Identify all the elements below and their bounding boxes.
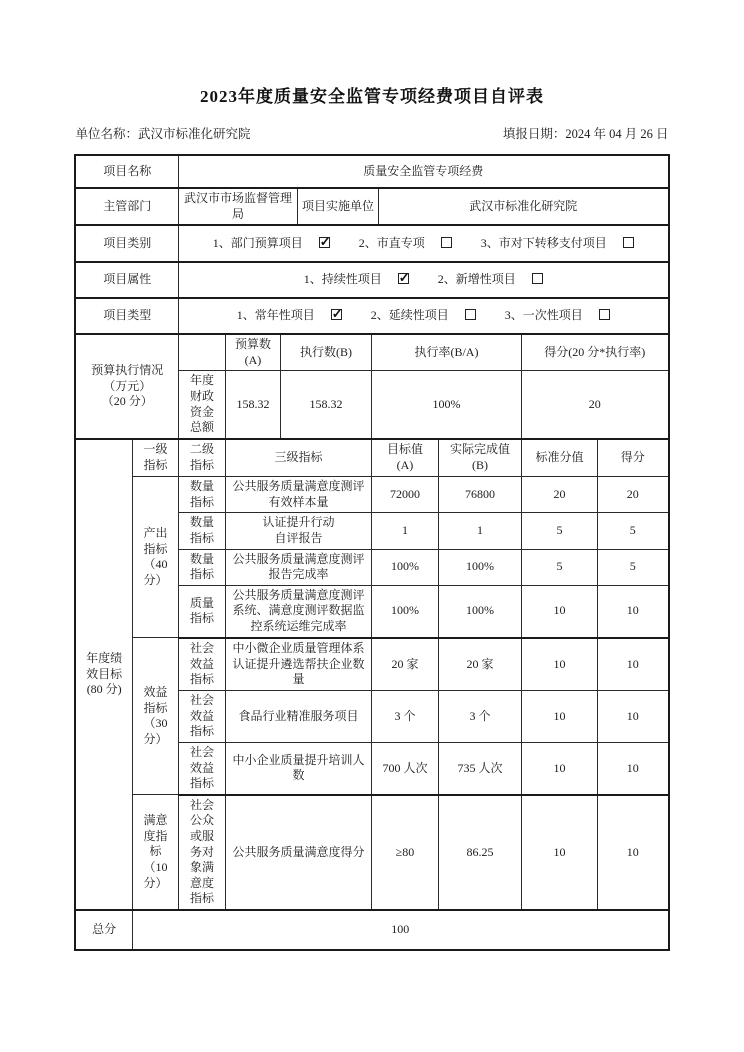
level2-cell: 质量 指标 (178, 585, 225, 637)
project-name-value: 质量安全监管专项经费 (178, 155, 668, 188)
option-label: 1、部门预算项目 (213, 236, 303, 250)
total-label: 总分 (75, 910, 132, 950)
option-label: 1、持续性项目 (304, 272, 382, 286)
score-cell: 10 (597, 585, 668, 637)
total-row: 总分 100 (75, 910, 668, 950)
checkbox-unchecked-icon (441, 237, 452, 248)
target-cell: 72000 (371, 477, 438, 513)
level2-cell: 数量 指标 (178, 513, 225, 549)
project-attribute-options: 1、持续性项目 2、新增性项目 (178, 262, 668, 298)
col-level1: 一级 指标 (132, 439, 178, 477)
standard-score-cell: 20 (521, 477, 597, 513)
score-cell: 10 (597, 795, 668, 910)
target-cell: 100% (371, 549, 438, 585)
meta-row: 单位名称：武汉市标准化研究院 填报日期：2024 年 04 月 26 日 (76, 124, 669, 142)
col-actual: 实际完成值 (B) (438, 439, 521, 477)
project-type-row: 项目类型 1、常年性项目 2、延续性项目 3、一次性项目 (75, 298, 668, 334)
level2-cell: 数量 指标 (178, 549, 225, 585)
level3-cell: 公共服务质量满意度测评 系统、满意度测评数据监 控系统运维完成率 (225, 585, 371, 637)
project-name-row: 项目名称 质量安全监管专项经费 (75, 155, 668, 188)
standard-score-cell: 10 (521, 795, 597, 910)
standard-score-cell: 10 (521, 691, 597, 743)
target-cell: 1 (371, 513, 438, 549)
option-label: 3、一次性项目 (505, 308, 583, 322)
project-attribute-label: 项目属性 (75, 262, 178, 298)
actual-cell: 3 个 (438, 691, 521, 743)
actual-cell: 1 (438, 513, 521, 549)
project-name-label: 项目名称 (75, 155, 178, 188)
budget-col-score: 得分(20 分*执行率) (521, 334, 668, 371)
option: 3、市对下转移支付项目 (481, 236, 634, 250)
score-cell: 5 (597, 513, 668, 549)
actual-cell: 100% (438, 549, 521, 585)
indicator-header-row: 年度绩 效目标 (80 分) 一级 指标 二级 指标 三级指标 目标值 (A) … (75, 439, 668, 477)
level2-cell: 社会 效益 指标 (178, 638, 225, 691)
budget-value: 158.32 (225, 371, 280, 439)
project-category-options: 1、部门预算项目 2、市直专项 3、市对下转移支付项目 (178, 225, 668, 262)
indicator-row: 效益 指标 （30 分） 社会 效益 指标 中小微企业质量管理体系 认证提升遴选… (75, 638, 668, 691)
score-cell: 10 (597, 638, 668, 691)
actual-cell: 86.25 (438, 795, 521, 910)
standard-score-cell: 10 (521, 638, 597, 691)
group-benefit-label: 效益 指标 （30 分） (132, 638, 178, 795)
implementing-unit-label: 项目实施单位 (297, 188, 378, 225)
option: 2、延续性项目 (371, 308, 476, 322)
group-output-label: 产出 指标 （40 分） (132, 477, 178, 638)
budget-col-rate: 执行率(B/A) (371, 334, 521, 371)
actual-cell: 100% (438, 585, 521, 637)
option-label: 2、延续性项目 (371, 308, 449, 322)
standard-score-cell: 10 (521, 585, 597, 637)
project-category-row: 项目类别 1、部门预算项目 2、市直专项 3、市对下转移支付项目 (75, 225, 668, 262)
total-value: 100 (132, 910, 668, 950)
checkbox-unchecked-icon (623, 237, 634, 248)
annual-goal-section-label: 年度绩 效目标 (80 分) (75, 439, 132, 910)
budget-section-label: 预算执行情况 （万元） （20 分） (75, 334, 178, 439)
department-value: 武汉市市场监督管理局 (178, 188, 297, 225)
target-cell: 3 个 (371, 691, 438, 743)
target-cell: 700 人次 (371, 743, 438, 795)
evaluation-table: 项目名称 质量安全监管专项经费 主管部门 武汉市市场监督管理局 项目实施单位 武… (74, 154, 669, 951)
col-standard-score: 标准分值 (521, 439, 597, 477)
option: 1、持续性项目 (304, 272, 409, 286)
level2-cell: 社会 公众 或服 务对 象满 意度 指标 (178, 795, 225, 910)
option: 1、部门预算项目 (213, 236, 330, 250)
budget-col-budget: 预算数 (A) (225, 334, 280, 371)
unit-name: 单位名称：武汉市标准化研究院 (76, 124, 251, 142)
level3-cell: 食品行业精准服务项目 (225, 691, 371, 743)
level2-cell: 社会 效益 指标 (178, 691, 225, 743)
implementing-unit-value: 武汉市标准化研究院 (378, 188, 668, 225)
score-cell: 10 (597, 743, 668, 795)
col-level3: 三级指标 (225, 439, 371, 477)
score-value: 20 (521, 371, 668, 439)
option: 1、常年性项目 (237, 308, 342, 322)
target-cell: 20 家 (371, 638, 438, 691)
option: 2、市直专项 (359, 236, 452, 250)
target-cell: ≥80 (371, 795, 438, 910)
project-type-label: 项目类型 (75, 298, 178, 334)
unit-name-value: 武汉市标准化研究院 (138, 127, 251, 141)
exec-value: 158.32 (280, 371, 371, 439)
score-cell: 10 (597, 691, 668, 743)
level3-cell: 公共服务质量满意度得分 (225, 795, 371, 910)
actual-cell: 20 家 (438, 638, 521, 691)
standard-score-cell: 5 (521, 549, 597, 585)
option-label: 2、市直专项 (359, 236, 425, 250)
project-attribute-row: 项目属性 1、持续性项目 2、新增性项目 (75, 262, 668, 298)
project-category-label: 项目类别 (75, 225, 178, 262)
option-label: 1、常年性项目 (237, 308, 315, 322)
department-label: 主管部门 (75, 188, 178, 225)
budget-col-exec: 执行数(B) (280, 334, 371, 371)
option-label: 2、新增性项目 (438, 272, 516, 286)
level3-cell: 中小微企业质量管理体系 认证提升遴选帮扶企业数 量 (225, 638, 371, 691)
indicator-row: 产出 指标 （40 分） 数量 指标 公共服务质量满意度测评 有效样本量 720… (75, 477, 668, 513)
budget-header-row: 预算执行情况 （万元） （20 分） 预算数 (A) 执行数(B) 执行率(B/… (75, 334, 668, 371)
report-date: 填报日期：2024 年 04 月 26 日 (503, 124, 669, 142)
level2-cell: 数量 指标 (178, 477, 225, 513)
col-score: 得分 (597, 439, 668, 477)
target-cell: 100% (371, 585, 438, 637)
checkbox-unchecked-icon (599, 309, 610, 320)
checkbox-checked-icon (331, 309, 342, 320)
level2-cell: 社会 效益 指标 (178, 743, 225, 795)
score-cell: 20 (597, 477, 668, 513)
report-date-value: 2024 年 04 月 26 日 (565, 127, 668, 141)
project-type-options: 1、常年性项目 2、延续性项目 3、一次性项目 (178, 298, 668, 334)
option: 2、新增性项目 (438, 272, 543, 286)
score-cell: 5 (597, 549, 668, 585)
checkbox-checked-icon (319, 237, 330, 248)
document-page: 2023年度质量安全监管专项经费项目自评表 单位名称：武汉市标准化研究院 填报日… (0, 0, 744, 1052)
standard-score-cell: 5 (521, 513, 597, 549)
indicator-row: 满意 度指 标 （10 分） 社会 公众 或服 务对 象满 意度 指标 公共服务… (75, 795, 668, 910)
department-row: 主管部门 武汉市市场监督管理局 项目实施单位 武汉市标准化研究院 (75, 188, 668, 225)
group-satisfaction-label: 满意 度指 标 （10 分） (132, 795, 178, 910)
col-target: 目标值 (A) (371, 439, 438, 477)
budget-row-label: 年度 财政 资金 总额 (178, 371, 225, 439)
budget-empty-cell (178, 334, 225, 371)
actual-cell: 735 人次 (438, 743, 521, 795)
level3-cell: 公共服务质量满意度测评 有效样本量 (225, 477, 371, 513)
checkbox-unchecked-icon (465, 309, 476, 320)
unit-name-label: 单位名称： (76, 127, 139, 141)
page-title: 2023年度质量安全监管专项经费项目自评表 (0, 82, 744, 107)
checkbox-checked-icon (398, 273, 409, 284)
report-date-label: 填报日期： (503, 127, 566, 141)
checkbox-unchecked-icon (532, 273, 543, 284)
level3-cell: 中小企业质量提升培训人 数 (225, 743, 371, 795)
level3-cell: 公共服务质量满意度测评 报告完成率 (225, 549, 371, 585)
level3-cell: 认证提升行动 自评报告 (225, 513, 371, 549)
actual-cell: 76800 (438, 477, 521, 513)
rate-value: 100% (371, 371, 521, 439)
option: 3、一次性项目 (505, 308, 610, 322)
col-level2: 二级 指标 (178, 439, 225, 477)
standard-score-cell: 10 (521, 743, 597, 795)
option-label: 3、市对下转移支付项目 (481, 236, 607, 250)
